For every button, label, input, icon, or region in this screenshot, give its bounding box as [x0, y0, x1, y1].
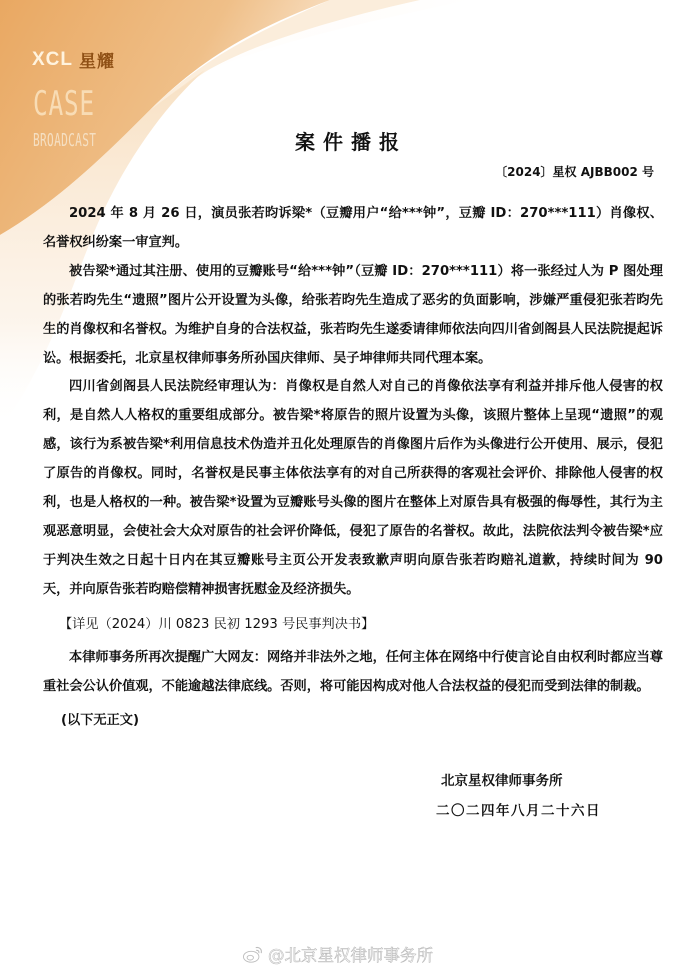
brand-logo: XCL 星耀	[32, 47, 115, 72]
paragraph-verdict-announcement: 2024 年 8 月 26 日，演员张若昀诉梁*（豆瓣用户“给***钟”，豆瓣 …	[43, 200, 663, 258]
paragraph-reminder: 本律师事务所再次提醒广大网友：网络并非法外之地，任何主体在网络中行使言论自由权利…	[43, 644, 663, 702]
weibo-icon	[242, 944, 264, 964]
weibo-watermark: @北京星权律师事务所	[242, 942, 433, 966]
signature-date: 二〇二四年八月二十六日	[436, 796, 601, 826]
paragraph-case-background: 被告梁*通过其注册、使用的豆瓣账号“给***钟”（豆瓣 ID：270***111…	[43, 258, 663, 374]
banner-case: CASE	[33, 86, 95, 122]
logo-chinese: 星耀	[79, 47, 115, 72]
paragraph-court-opinion: 四川省剑阁县人民法院经审理认为：肖像权是自然人对自己的肖像依法享有利益并排斥他人…	[43, 373, 663, 604]
logo-latin: XCL	[32, 49, 73, 71]
end-note: (以下无正文)	[43, 707, 663, 736]
judgment-reference: 【详见（2024）川 0823 民初 1293 号民事判决书】	[43, 611, 663, 640]
page-title: 案件播报	[0, 126, 690, 155]
signature-block: 北京星权律师事务所 二〇二四年八月二十六日	[441, 766, 601, 826]
watermark-text: @北京星权律师事务所	[268, 942, 433, 966]
firm-name: 北京星权律师事务所	[441, 766, 601, 796]
document-body: 2024 年 8 月 26 日，演员张若昀诉梁*（豆瓣用户“给***钟”，豆瓣 …	[43, 200, 663, 736]
document-number: 〔2024〕星权 AJBB002 号	[495, 163, 654, 180]
